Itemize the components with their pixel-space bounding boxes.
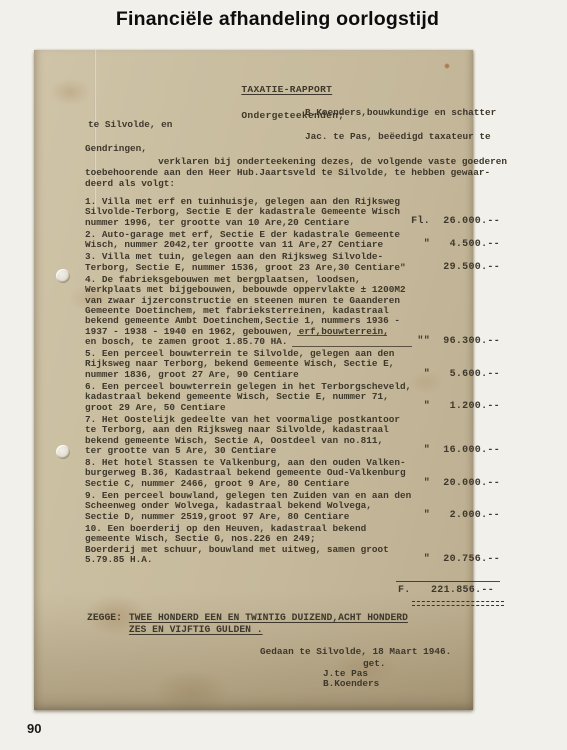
total-amount: 221.856.--	[406, 585, 494, 596]
item-description: 6. Een perceel bouwterrein gelegen in he…	[85, 382, 500, 413]
typed-rule	[292, 346, 412, 347]
item-currency-mark: "	[424, 240, 430, 251]
document-sheet: TAXATIE-RAPPORT Ondergeteekenden; B.Koen…	[34, 50, 473, 710]
item-currency-mark: "	[424, 479, 430, 490]
valuation-item: 2. Auto-garage met erf, Sectie E der kad…	[85, 230, 500, 251]
punch-hole-bottom	[56, 445, 70, 459]
item-currency-mark: "	[424, 446, 430, 457]
declaration-intro: verklaren bij onderteekening dezes, de v…	[85, 157, 507, 190]
appraiser2-location: Gendringen,	[85, 143, 147, 154]
valuation-items: 1. Villa met erf en tuinhuisje, gelegen …	[85, 197, 500, 567]
item-description: 10. Een boerderij op den Heuven, kadastr…	[85, 524, 500, 565]
item-amount: 20.000.--	[443, 479, 500, 490]
paper-crease	[94, 50, 97, 215]
item-description: 4. De fabrieksgebouwen met bergplaatsen,…	[85, 275, 500, 347]
valuation-item: 8. Het hotel Stassen te Valkenburg, aan …	[85, 458, 500, 489]
valuation-item: 1. Villa met erf en tuinhuisje, gelegen …	[85, 197, 500, 228]
item-description: 9. Een perceel bouwland, gelegen ten Zui…	[85, 491, 500, 522]
page-number: 90	[27, 721, 41, 736]
page-title: Financiële afhandeling oorlogstijd	[0, 8, 555, 31]
item-description: 8. Het hotel Stassen te Valkenburg, aan …	[85, 458, 500, 489]
appraiser2-name: Jac. te Pas, beëedigd taxateur te	[305, 131, 491, 142]
valuation-item: 9. Een perceel bouwland, gelegen ten Zui…	[85, 491, 500, 522]
item-amount: 26.000.--	[443, 217, 500, 228]
item-description: 3. Villa met tuin, gelegen aan den Rijks…	[85, 252, 500, 273]
report-heading: TAXATIE-RAPPORT Ondergeteekenden;	[205, 70, 344, 135]
item-currency-mark: "	[424, 370, 430, 381]
valuation-item: 6. Een perceel bouwterrein gelegen in he…	[85, 382, 500, 413]
item-description: 2. Auto-garage met erf, Sectie E der kad…	[85, 230, 500, 251]
valuation-item: 3. Villa met tuin, gelegen aan den Rijks…	[85, 252, 500, 273]
total-rule	[396, 581, 500, 582]
item-amount: 29.500.--	[443, 263, 500, 274]
signature-2: B.Koenders	[323, 678, 379, 689]
valuation-item: 4. De fabrieksgebouwen met bergplaatsen,…	[85, 275, 500, 347]
total-double-rule	[412, 601, 504, 606]
item-amount: 1.200.--	[450, 402, 500, 413]
closing-place-date: Gedaan te Silvolde, 18 Maart 1946.	[260, 646, 451, 657]
item-description: 7. Het Oostelijk gedeelte van het voorma…	[85, 415, 500, 456]
item-description: 5. Een perceel bouwterrein te Silvolde, …	[85, 349, 500, 380]
punch-hole-top	[56, 269, 70, 283]
valuation-item: 5. Een perceel bouwterrein te Silvolde, …	[85, 349, 500, 380]
report-heading-title: TAXATIE-RAPPORT	[241, 84, 332, 95]
item-currency-mark: ""	[417, 337, 430, 348]
album-page: Financiële afhandeling oorlogstijd TAXAT…	[0, 0, 567, 750]
item-currency-mark: Fl.	[411, 217, 430, 228]
appraiser1-name: B.Koenders,bouwkundige en schatter	[305, 107, 496, 118]
item-amount: 20.756.--	[443, 555, 500, 566]
item-currency-mark: "	[424, 402, 430, 413]
item-amount: 4.500.--	[450, 240, 500, 251]
item-amount: 16.000.--	[443, 446, 500, 457]
appraiser1-location: te Silvolde, en	[88, 119, 172, 130]
valuation-item: 10. Een boerderij op den Heuven, kadastr…	[85, 524, 500, 565]
typed-underline	[297, 335, 387, 336]
zegge-label: ZEGGE:	[87, 612, 122, 636]
zegge-text: TWEE HONDERD EEN EN TWINTIG DUIZEND,ACHT…	[129, 612, 408, 636]
item-currency-mark: "	[424, 555, 430, 566]
valuation-item: 7. Het Oostelijk gedeelte van het voorma…	[85, 415, 500, 456]
item-description: 1. Villa met erf en tuinhuisje, gelegen …	[85, 197, 500, 228]
item-currency-mark: "	[424, 511, 430, 522]
amount-in-words: ZEGGE: TWEE HONDERD EEN EN TWINTIG DUIZE…	[87, 612, 408, 636]
item-amount: 2.000.--	[450, 511, 500, 522]
item-amount: 5.600.--	[450, 370, 500, 381]
item-amount: 96.300.--	[443, 337, 500, 348]
